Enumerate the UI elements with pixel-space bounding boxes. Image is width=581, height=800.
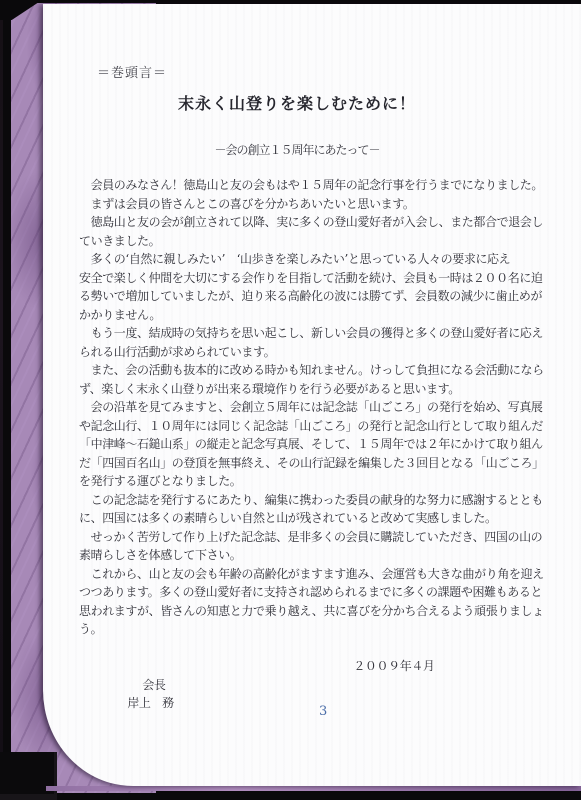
body-line: かかりません。	[79, 306, 555, 325]
body-line: ず、楽しく末永く山登りが出来る環境作りを行う必要があると思います。	[79, 380, 555, 399]
document-title: 末永く山登りを楽しむために！	[43, 91, 551, 114]
document-subtitle: －会の創立１５周年にあたって－	[43, 141, 551, 158]
body-text: 会員のみなさん！徳島山と友の会もはや１５周年の記念行事を行うまでになりました。 …	[79, 176, 555, 657]
body-line: 会員のみなさん！徳島山と友の会もはや１５周年の記念行事を行うまでになりました。	[79, 176, 555, 195]
signature-date: ２００９年４月	[353, 659, 434, 673]
body-line: せっかく苦労して作り上げた記念誌、是非多くの会員に購読していただき、四国の山の	[79, 528, 555, 547]
scanner-edge-line	[0, 0, 3, 800]
page-number: 3	[319, 704, 327, 719]
body-line: だ「四国百名山」の登頂を無事終え、その山行記録を編集した３回目となる「山ごころ」	[79, 454, 555, 473]
signature-line: ２００９年４月 会長 岸上 務	[79, 639, 555, 658]
body-line: 思われますが、皆さんの知恵と力で乗り越え、共に喜びを分かち合えるよう頑張りましょ	[79, 602, 555, 621]
body-line: 「中津峰～石鎚山系」の縦走と記念写真展、そして、１５周年では２年にかけて取り組ん	[79, 435, 555, 454]
body-line: られる山行活動が求められています。	[79, 343, 555, 362]
body-line: まずは会員の皆さんとこの喜びを分かちあいたいと思います。	[79, 195, 555, 214]
body-line: つつあります。多くの登山愛好者に支持され認められるまでに多くの課題や困難もあると	[79, 583, 555, 602]
body-line: う。	[79, 620, 555, 639]
body-line: 素晴らしさを体感して下さい。	[79, 546, 555, 565]
document-page: ＝巻頭言＝ 末永く山登りを楽しむために！ －会の創立１５周年にあたって－ 会員の…	[43, 4, 581, 786]
signature-role: 会長	[142, 678, 165, 692]
body-line: この記念誌を発行するにあたり、編集に携わった委員の献身的な努力に感謝するととも	[79, 491, 555, 510]
body-line: を発行する運びとなりました。	[79, 472, 555, 491]
scanned-document: ＝巻頭言＝ 末永く山登りを楽しむために！ －会の創立１５周年にあたって－ 会員の…	[0, 0, 581, 800]
body-line: ていきました。	[79, 232, 555, 251]
foreword-label: ＝巻頭言＝	[97, 62, 167, 81]
cover-bottom-sliver	[46, 786, 581, 791]
body-line: や記念山行、１０周年には同じく記念誌「山ごころ」の発行と記念山行として取り組んだ	[79, 417, 555, 436]
scanner-corner-patch	[0, 752, 57, 800]
body-line: 会の沿革を見てみますと、会創立５周年には記念誌「山ごころ」の発行を始め、写真展	[79, 398, 555, 417]
body-line: 徳島山と友の会が創立されて以降、実に多くの登山愛好者が入会し、また都合で退会し	[79, 213, 555, 232]
body-line: もう一度、結成時の気持ちを思い起こし、新しい会員の獲得と多くの登山愛好者に応え	[79, 324, 555, 343]
body-line: これから、山と友の会も年齢の高齢化がますます進み、会運営も大きな曲がり角を迎え	[79, 565, 555, 584]
body-line: る勢いで増加していましたが、迫り来る高齢化の波には勝てず、会員数の減少に歯止めが	[79, 287, 555, 306]
body-line: また、会の活動も抜本的に改める時かも知れません。けっして負担になる会活動になら	[79, 361, 555, 380]
body-line: に、四国には多くの素晴らしい自然と山が残されていると改めて実感しました。	[79, 509, 555, 528]
body-line: 多くの‘自然に親しみたい’ ‘山歩きを楽しみたい’と思っている人々の要求に応え	[79, 250, 555, 269]
signature-name: 岸上 務	[127, 696, 173, 710]
body-line: 安全で楽しく仲間を大切にする会作りを目指して活動を続け、会員も一時は２００名に迫	[79, 269, 555, 288]
